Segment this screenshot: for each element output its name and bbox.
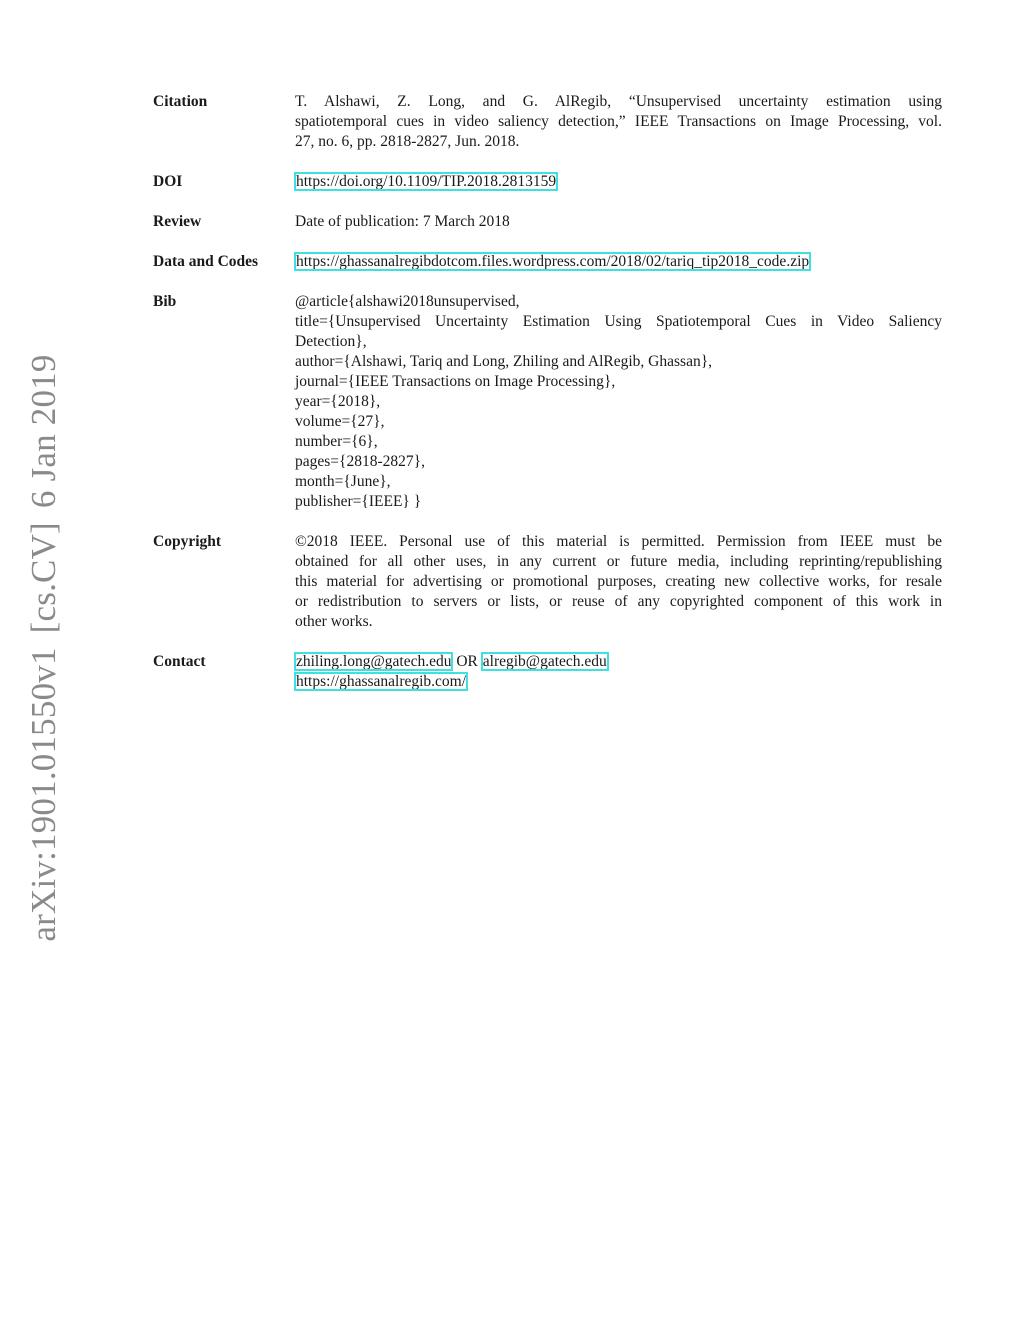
data-codes-value: https://ghassanalregibdotcom.files.wordp… [295,252,942,272]
copyright-line: obtained for all other uses, in any curr… [295,552,942,572]
bib-line: pages={2818-2827}, [295,452,942,472]
data-codes-row: Data and Codes https://ghassanalregibdot… [153,252,942,272]
contact-label: Contact [153,652,295,692]
email-link-long[interactable]: zhiling.long@gatech.edu [295,653,452,670]
copyright-line: other works. [295,612,942,632]
arxiv-category: [cs.CV] [24,522,63,633]
bib-label: Bib [153,292,295,512]
review-row: Review Date of publication: 7 March 2018 [153,212,942,232]
bib-row: Bib @article{alshawi2018unsupervised, ti… [153,292,942,512]
info-table: Citation T. Alshawi, Z. Long, and G. AlR… [153,92,942,712]
contact-emails: zhiling.long@gatech.edu OR alregib@gatec… [295,652,942,672]
review-label: Review [153,212,295,232]
doi-value: https://doi.org/10.1109/TIP.2018.2813159 [295,172,942,192]
bib-line: title={Unsupervised Uncertainty Estimati… [295,312,942,332]
copyright-row: Copyright ©2018 IEEE. Personal use of th… [153,532,942,632]
citation-line: T. Alshawi, Z. Long, and G. AlRegib, “Un… [295,92,942,112]
bib-line: month={June}, [295,472,942,492]
bib-value: @article{alshawi2018unsupervised, title=… [295,292,942,512]
bib-line: journal={IEEE Transactions on Image Proc… [295,372,942,392]
copyright-label: Copyright [153,532,295,632]
copyright-line: or redistribution to servers or lists, o… [295,592,942,612]
email-link-alregib[interactable]: alregib@gatech.edu [482,653,608,670]
website-link[interactable]: https://ghassanalregib.com/ [295,673,467,690]
bib-line: publisher={IEEE} } [295,492,942,512]
citation-line: 27, no. 6, pp. 2818-2827, Jun. 2018. [295,132,942,152]
citation-line: spatiotemporal cues in video saliency de… [295,112,942,132]
arxiv-id: arXiv:1901.01550v1 [24,647,63,941]
doi-label: DOI [153,172,295,192]
review-value: Date of publication: 7 March 2018 [295,212,942,232]
citation-row: Citation T. Alshawi, Z. Long, and G. AlR… [153,92,942,152]
contact-value: zhiling.long@gatech.edu OR alregib@gatec… [295,652,942,692]
citation-value: T. Alshawi, Z. Long, and G. AlRegib, “Un… [295,92,942,152]
bib-line: number={6}, [295,432,942,452]
bib-line: year={2018}, [295,392,942,412]
copyright-line: this material for advertising or promoti… [295,572,942,592]
arxiv-date: 6 Jan 2019 [24,354,63,508]
citation-label: Citation [153,92,295,152]
doi-link[interactable]: https://doi.org/10.1109/TIP.2018.2813159 [295,173,557,190]
data-codes-label: Data and Codes [153,252,295,272]
contact-separator: OR [456,653,478,670]
contact-website-line: https://ghassanalregib.com/ [295,672,942,692]
bib-line: volume={27}, [295,412,942,432]
code-download-link[interactable]: https://ghassanalregibdotcom.files.wordp… [295,253,810,270]
bib-line: Detection}, [295,332,942,352]
bib-line: author={Alshawi, Tariq and Long, Zhiling… [295,352,942,372]
doi-row: DOI https://doi.org/10.1109/TIP.2018.281… [153,172,942,192]
arxiv-stamp: arXiv:1901.01550v1[cs.CV]6 Jan 2019 [24,354,64,941]
bib-line: @article{alshawi2018unsupervised, [295,292,942,312]
contact-row: Contact zhiling.long@gatech.edu OR alreg… [153,652,942,692]
copyright-line: ©2018 IEEE. Personal use of this materia… [295,532,942,552]
copyright-value: ©2018 IEEE. Personal use of this materia… [295,532,942,632]
